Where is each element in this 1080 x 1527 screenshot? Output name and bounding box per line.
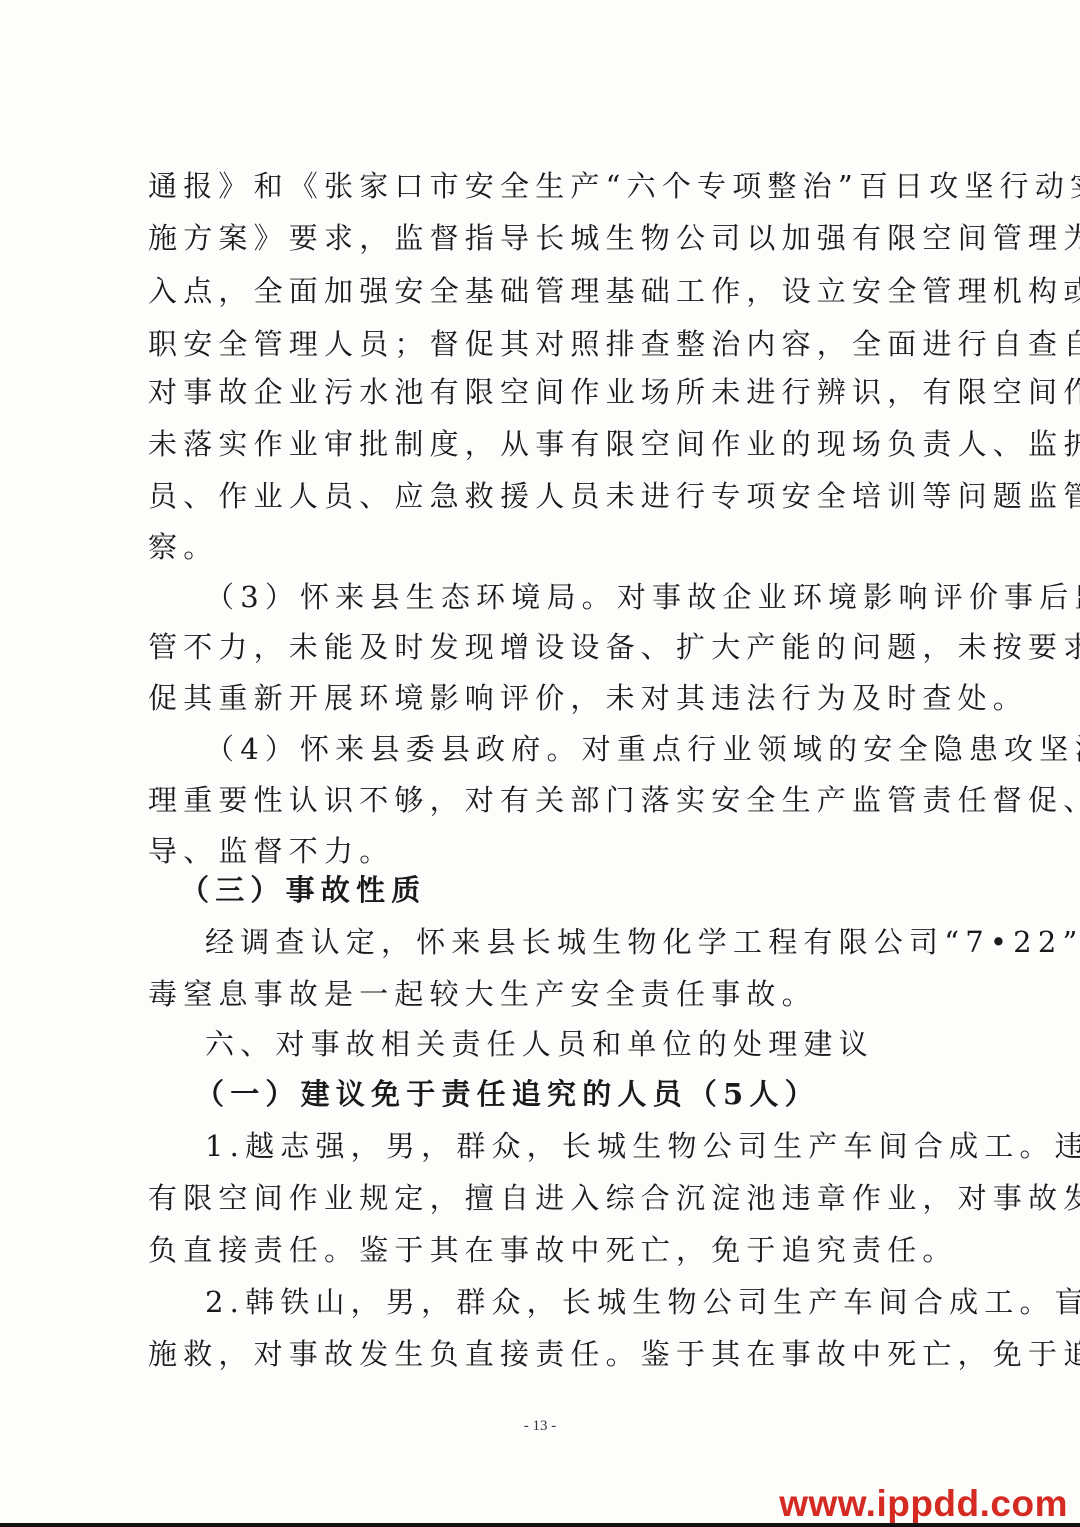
paragraph-3-line: 管不力，未能及时发现增设设备、扩大产能的问题，未按要求督 (148, 633, 940, 662)
body-line: 未落实作业审批制度，从事有限空间作业的现场负责人、监护人 (148, 430, 940, 459)
section-heading-nature: （三）事故性质 (180, 876, 972, 905)
body-line: 对事故企业污水池有限空间作业场所未进行辨识，有限空间作业 (148, 378, 940, 407)
paragraph-4-line: （4）怀来县委县政府。对重点行业领域的安全隐患攻坚治 (205, 735, 940, 764)
document-page: 通报》和《张家口市安全生产“六个专项整治”百日攻坚行动实 施方案》要求，监督指导… (0, 0, 1080, 1527)
paragraph-4-line: 理重要性认识不够，对有关部门落实安全生产监管责任督促、指 (148, 786, 940, 815)
nature-line: 毒窒息事故是一起较大生产安全责任事故。 (148, 980, 940, 1009)
body-line: 通报》和《张家口市安全生产“六个专项整治”百日攻坚行动实 (148, 172, 940, 201)
body-line: 入点，全面加强安全基础管理基础工作，设立安全管理机构或专 (148, 277, 940, 306)
body-line: 察。 (148, 533, 940, 562)
body-line: 职安全管理人员；督促其对照排查整治内容，全面进行自查自纠； (148, 330, 940, 359)
paragraph-3-line: （3）怀来县生态环境局。对事故企业环境影响评价事后监 (205, 583, 940, 612)
section-heading-six: 六、对事故相关责任人员和单位的处理建议 (205, 1030, 940, 1059)
paragraph-4-line: 导、监督不力。 (148, 837, 940, 866)
body-line: 施方案》要求，监督指导长城生物公司以加强有限空间管理为切 (148, 224, 940, 253)
person-2-line: 2.韩铁山，男，群众，长城生物公司生产车间合成工。盲目 (205, 1288, 940, 1317)
person-1-line: 1.越志强，男，群众，长城生物公司生产车间合成工。违反 (205, 1132, 940, 1161)
page-number: - 13 - (0, 1418, 1080, 1435)
person-1-line: 负直接责任。鉴于其在事故中死亡，免于追究责任。 (148, 1236, 940, 1265)
person-1-line: 有限空间作业规定，擅自进入综合沉淀池违章作业，对事故发生 (148, 1184, 940, 1213)
body-line: 员、作业人员、应急救援人员未进行专项安全培训等问题监管失 (148, 482, 940, 511)
bottom-border (0, 1523, 1080, 1527)
paragraph-3-line: 促其重新开展环境影响评价，未对其违法行为及时查处。 (148, 684, 940, 713)
subsection-heading-exempt: （一）建议免于责任追究的人员（5人） (195, 1080, 987, 1109)
person-2-line: 施救，对事故发生负直接责任。鉴于其在事故中死亡，免于追究 (148, 1340, 940, 1369)
watermark: www.ippdd.com (779, 1483, 1068, 1525)
nature-line: 经调查认定，怀来县长城生物化学工程有限公司“7•22”中 (205, 928, 940, 957)
